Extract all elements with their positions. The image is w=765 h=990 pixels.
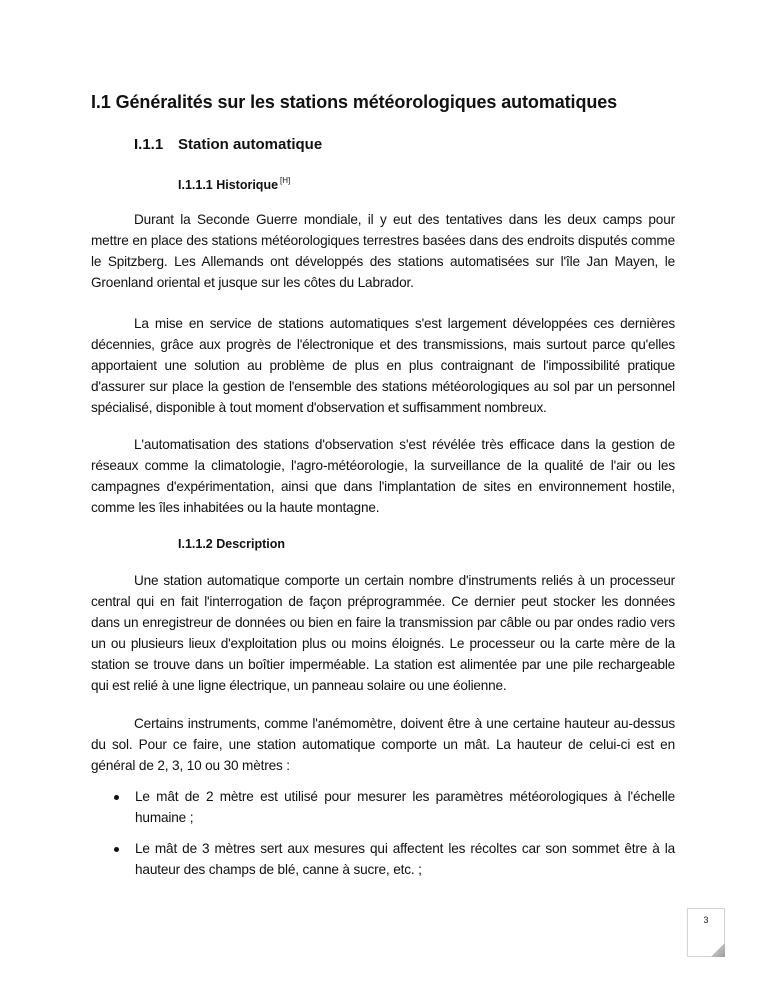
list-item-text: Le mât de 3 mètres sert aux mesures qui … xyxy=(135,841,675,877)
list-item: Le mât de 3 mètres sert aux mesures qui … xyxy=(91,838,675,880)
bullet-icon xyxy=(114,847,119,852)
bullet-icon xyxy=(114,795,119,800)
list-item: Le mât de 2 mètre est utilisé pour mesur… xyxy=(91,786,675,828)
heading-description: I.1.1.2 Description xyxy=(178,537,285,551)
heading-historique: I.1.1.1 Historique[H] xyxy=(178,176,290,192)
heading-description-text: I.1.1.2 Description xyxy=(178,537,285,551)
heading-2-number: I.1.1 xyxy=(134,136,178,153)
heading-1: I.1 Généralités sur les stations météoro… xyxy=(91,92,617,113)
page-curl-icon xyxy=(711,943,725,957)
document-page: I.1 Généralités sur les stations météoro… xyxy=(0,0,765,990)
reference-marker: [H] xyxy=(280,176,290,185)
list-item-text: Le mât de 2 mètre est utilisé pour mesur… xyxy=(135,789,675,825)
heading-2-title: Station automatique xyxy=(178,136,322,153)
paragraph-description-1: Une station automatique comporte un cert… xyxy=(91,570,675,696)
heading-historique-text: I.1.1.1 Historique xyxy=(178,178,278,192)
mast-height-list: Le mât de 2 mètre est utilisé pour mesur… xyxy=(91,786,675,890)
page-number: 3 xyxy=(688,915,724,925)
paragraph-historique-1: Durant la Seconde Guerre mondiale, il y … xyxy=(91,209,675,293)
heading-2: I.1.1Station automatique xyxy=(134,136,322,153)
paragraph-historique-3: L'automatisation des stations d'observat… xyxy=(91,434,675,518)
page-number-box: 3 xyxy=(687,908,725,957)
paragraph-description-2: Certains instruments, comme l'anémomètre… xyxy=(91,713,675,776)
paragraph-historique-2: La mise en service de stations automatiq… xyxy=(91,313,675,418)
